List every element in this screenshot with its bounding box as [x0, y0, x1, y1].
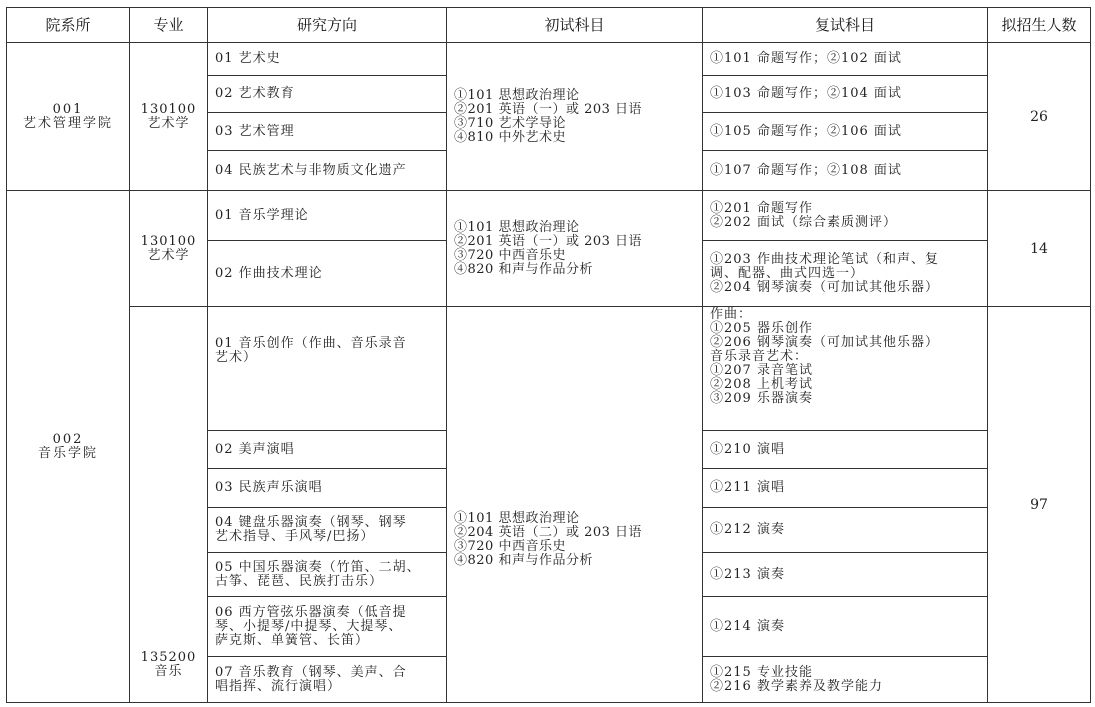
direction-cell: 07 音乐教育（钢琴、美声、合 唱指挥、流行演唱） [207, 656, 447, 703]
major-cell: 130100 艺术学 [129, 190, 208, 307]
direction-cell: 01 艺术史 [207, 42, 447, 76]
header-enrollment: 拟招生人数 [987, 7, 1091, 43]
direction-cell: 01 音乐创作（作曲、音乐录音 艺术） [207, 306, 447, 431]
direction-cell: 03 民族声乐演唱 [207, 468, 447, 508]
enrollment-cell: 97 [987, 306, 1091, 703]
major-cell: 130100 艺术学 [129, 42, 208, 191]
direction-cell: 05 中国乐器演奏（竹笛、二胡、 古筝、琵琶、民族打击乐） [207, 552, 447, 597]
header-retest: 复试科目 [702, 7, 988, 43]
initial-exam-cell: ①101 思想政治理论 ②204 英语（二）或 203 日语 ③720 中西音乐… [446, 306, 703, 703]
major-cell: 135200 音乐 [129, 306, 208, 703]
department-cell: 001 艺术管理学院 [6, 42, 130, 191]
direction-cell: 01 音乐学理论 [207, 190, 447, 241]
header-major: 专业 [129, 7, 208, 43]
initial-exam-cell: ①101 思想政治理论 ②201 英语（一）或 203 日语 ③720 中西音乐… [446, 190, 703, 307]
initial-exam-cell: ①101 思想政治理论 ②201 英语（一）或 203 日语 ③710 艺术学导… [446, 42, 703, 191]
direction-cell: 03 艺术管理 [207, 112, 447, 151]
retest-cell: ①107 命题写作；②108 面试 [702, 150, 988, 191]
enrollment-cell: 26 [987, 42, 1091, 191]
header-department: 院系所 [6, 7, 130, 43]
direction-cell: 02 美声演唱 [207, 430, 447, 469]
header-research-direction: 研究方向 [207, 7, 447, 43]
retest-cell: ①213 演奏 [702, 552, 988, 597]
direction-cell: 02 作曲技术理论 [207, 240, 447, 307]
retest-cell: ①201 命题写作 ②202 面试（综合素质测评） [702, 190, 988, 241]
retest-cell: 作曲： ①205 器乐创作 ②206 钢琴演奏（可加试其他乐器） 音乐录音艺术：… [702, 306, 988, 431]
retest-cell: ①214 演奏 [702, 596, 988, 657]
header-initial-exam: 初试科目 [446, 7, 703, 43]
retest-cell: ①103 命题写作；②104 面试 [702, 75, 988, 113]
retest-cell: ①215 专业技能 ②216 教学素养及教学能力 [702, 656, 988, 703]
direction-cell: 04 键盘乐器演奏（钢琴、钢琴 艺术指导、手风琴/巴扬） [207, 507, 447, 553]
department-cell: 002 音乐学院 [6, 190, 130, 703]
retest-cell: ①101 命题写作；②102 面试 [702, 42, 988, 76]
retest-cell: ①210 演唱 [702, 430, 988, 469]
retest-cell: ①211 演唱 [702, 468, 988, 508]
direction-cell: 06 西方管弦乐器演奏（低音提 琴、小提琴/中提琴、大提琴、 萨克斯、单簧管、长… [207, 596, 447, 657]
direction-cell: 02 艺术教育 [207, 75, 447, 113]
retest-cell: ①212 演奏 [702, 507, 988, 553]
direction-cell: 04 民族艺术与非物质文化遗产 [207, 150, 447, 191]
enrollment-cell: 14 [987, 190, 1091, 307]
retest-cell: ①105 命题写作；②106 面试 [702, 112, 988, 151]
retest-cell: ①203 作曲技术理论笔试（和声、复 调、配器、曲式四选一） ②204 钢琴演奏… [702, 240, 988, 307]
admissions-table: 院系所 专业 研究方向 初试科目 复试科目 拟招生人数 001 艺术管理学院 0… [0, 0, 1095, 707]
